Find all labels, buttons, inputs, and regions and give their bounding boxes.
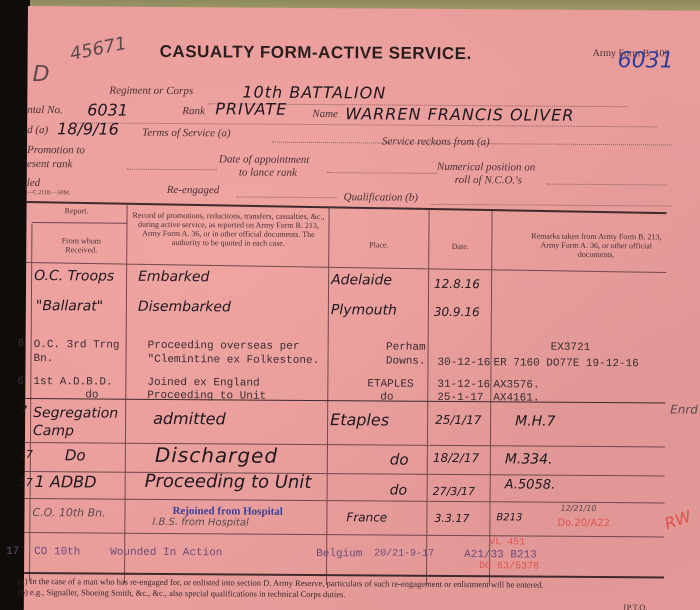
row-record: Proceeding to Unit [145,471,312,493]
row-remarks: M.334. [505,451,553,467]
footnote-b: (b) e.g., Signaller, Shoeing Smith, &c.,… [18,587,346,599]
row-date: 30-12-16 [437,357,490,369]
pto-marker: [P.T.O. [624,602,648,610]
rank-label: Rank [182,105,205,117]
col-divider [489,211,493,586]
row-from: "Ballarat" [36,298,103,314]
row-remarks: B213 [496,512,522,523]
row-date: 31-12-16 [437,379,490,391]
row-divider [25,498,665,503]
row-record: Embarked [138,269,209,285]
row-remarks: A21/33 B213 [464,549,537,562]
header-remarks: Remarks taken from Army Form B. 213, Arm… [526,231,666,259]
dotted-line [237,196,337,198]
rank-value: PRIVATE [215,99,287,119]
row-from: O.C. 3rd Trng Bn. [33,338,123,367]
row-margin: 6 [18,338,25,350]
row-record-sub: I.B.S. from Hospital [152,517,248,529]
row-remarks: A.5058. [505,477,556,492]
row-date: 20/21-9-17 [374,548,434,559]
header-date: Date. [431,242,489,251]
row-place: do [390,451,409,469]
row-from: O.C. Troops [34,268,114,285]
annotation-top-right: 6031 [618,48,674,73]
annotation-top-left: 45671 [68,33,128,65]
qualification-label: Qualification (b) [344,191,418,204]
name-label: Name [312,108,338,120]
row-date: 27/3/17 [433,485,475,498]
row-from: do [85,389,98,401]
row-record: Proceeding to Unit [147,390,266,403]
row-remarks: M.H.7 [515,413,556,429]
row-record: Disembarked [138,299,231,316]
row-record: Wounded In Action [110,547,222,560]
row-from: C.O. 10th Bn. [32,506,105,520]
strikethrough-line [25,398,665,403]
promotion-label-1: Promotion to [27,144,85,156]
row-from: 1 ADBD [35,472,97,491]
row-place: Perham Downs. [355,340,425,368]
row-place: Adelaide [331,272,392,288]
row-from: Segregation Camp [33,404,125,441]
row-place: France [346,510,387,524]
header-report: Report. [37,206,117,216]
row-margin: 7 [19,404,27,419]
row-place: Plymouth [331,302,397,318]
row-record-stamp: Rejoined from Hospital [172,505,282,518]
lance-rank-label-1: Date of appointment [219,153,310,166]
row-margin: 17 [19,476,33,489]
dotted-line [547,184,667,186]
col-divider [29,224,32,582]
row-remarks-red-top: VL 451 [489,537,525,548]
row-record: Joined ex England [147,377,259,390]
enlisted-label: d (a) [27,124,48,136]
row-record: Discharged [155,443,278,468]
dotted-line [327,172,437,174]
row-from: CO 10th [34,546,80,558]
row-from: Do [65,446,86,464]
terms-of-service-label: Terms of Service (a) [142,127,231,140]
dotted-line [127,169,217,171]
promotion-label-2: esent rank [27,158,73,170]
nco-position-label-1: Numerical position on [437,161,535,174]
row-margin: 17 [19,448,33,461]
nco-position-label-2: roll of N.C.O.'s [455,174,522,186]
col-divider [124,204,128,584]
header-place: Place. [331,240,426,250]
row-date: 25/1/17 [435,413,481,427]
header-from-whom: From whom Received. [46,236,116,254]
row-remarks-red: Do.20/A22 [557,518,610,529]
row-remarks-2: ER 7160 DO77E 19-12-16 [493,357,638,370]
row-remarks: AX4161. [493,392,539,404]
col-divider [326,207,330,585]
name-value: WARREN FRANCIS OLIVER [345,104,574,125]
header-record: Record of promotions, reductions, transf… [132,211,324,248]
row-record: Proceeding overseas per "Clemintine ex F… [147,339,332,368]
row-divider [24,532,664,537]
row-date: 3.3.17 [434,512,469,525]
row-margin: 6 [17,376,24,388]
row-date: 18/2/17 [433,451,479,465]
lance-rank-label-2: to lance rank [239,166,297,178]
annotation-d: D [32,62,49,87]
row-remarks: AX3576. [493,379,539,391]
header-divider [31,222,126,224]
regimental-no-label: ntal No. [27,104,63,116]
row-remarks-small: 12/21/10 [560,504,596,513]
enlisted-short-label: led [27,177,41,189]
row-divider [25,442,665,447]
row-from: 1st A.D.B.D. [33,376,112,389]
form-title: CASUALTY FORM-ACTIVE SERVICE. [160,42,472,64]
row-place: Belgium [316,548,362,560]
row-date: 30.9.16 [434,305,480,319]
printer-code: —C.2118.—50M. [27,190,71,196]
casualty-form-document: 45671 D CASUALTY FORM-ACTIVE SERVICE. Ar… [24,6,700,610]
row-date: 12.8.16 [434,277,480,291]
dotted-line [432,204,672,207]
reengaged-label: Re-engaged [167,184,220,196]
regimental-no-value: 6031 [87,100,128,119]
row-place: ETAPLES [367,378,413,390]
col-divider [426,210,430,586]
enlisted-date-value: 18/9/16 [57,119,119,138]
row-remarks-1: EX3721 [551,342,591,354]
regiment-label: Regiment or Corps [109,85,193,98]
row-remarks-extra: Enrd [670,402,698,416]
row-place: Etaples [330,410,389,429]
row-remarks-red-bottom: DO 63/5378 [479,561,539,572]
row-divider [25,471,665,476]
row-record: admitted [153,409,226,429]
row-place: do [380,391,393,403]
row-place: do [390,483,408,499]
row-margin: 17 [6,546,19,558]
row-date: 25-1-17 [437,392,483,404]
row-initials-red: RW [662,507,694,534]
